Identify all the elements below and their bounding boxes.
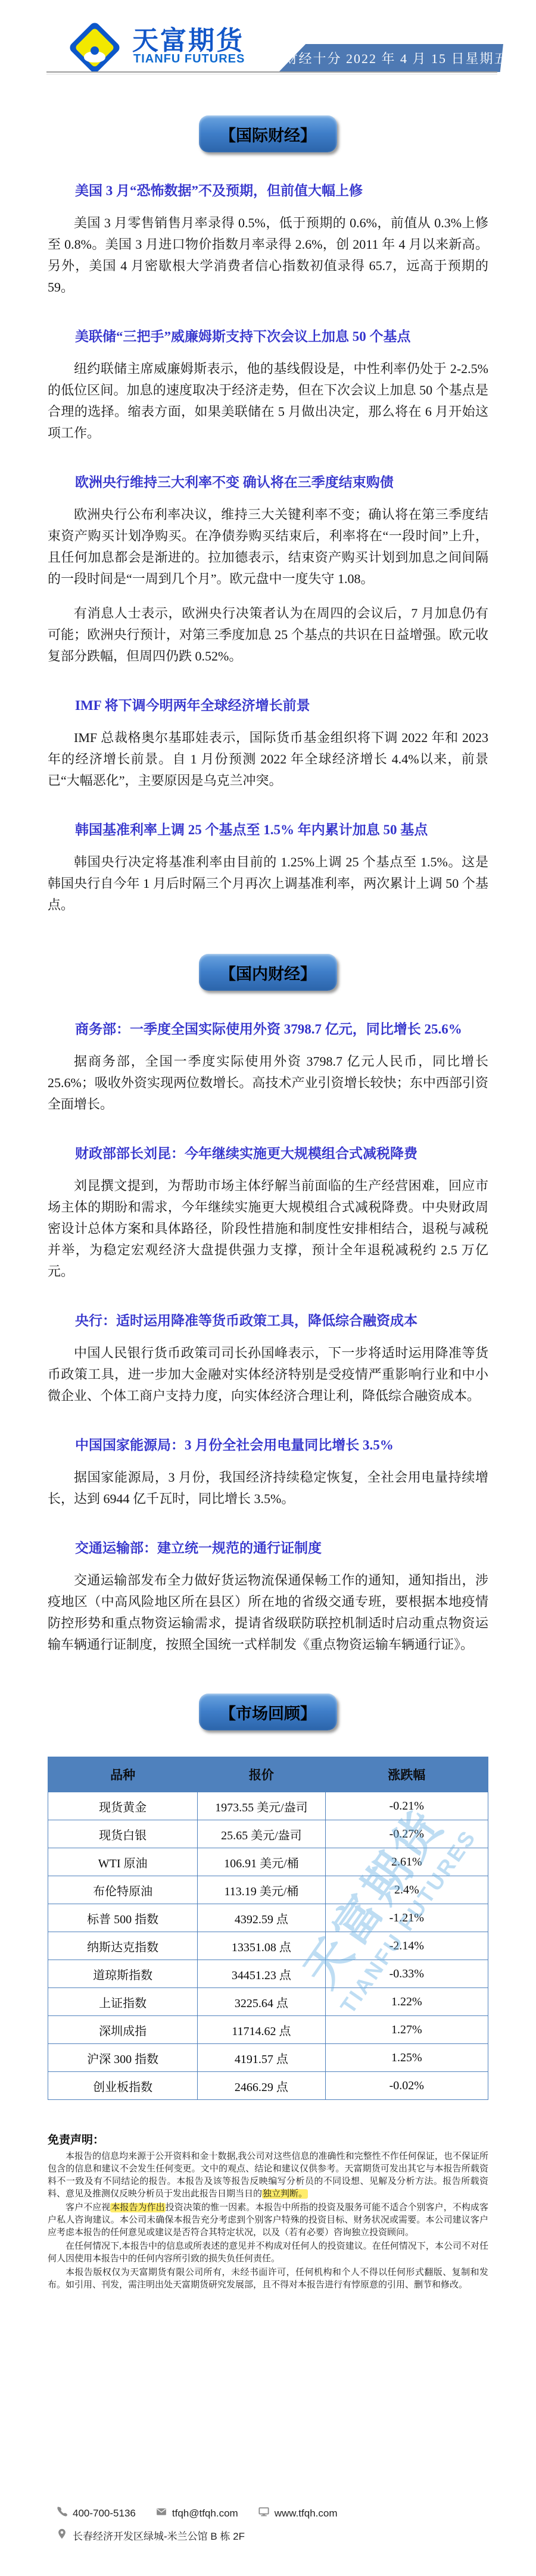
header-divider — [46, 71, 497, 74]
instrument-name: 标普 500 指数 — [48, 1904, 198, 1932]
table-column-header: 涨跌幅 — [325, 1757, 488, 1792]
change-percent: -1.21% — [325, 1904, 488, 1932]
table-row: 现货白银25.65 美元/盎司-0.27% — [48, 1820, 488, 1848]
quote-value: 11714.62 点 — [198, 2016, 325, 2044]
instrument-name: 纳斯达克指数 — [48, 1932, 198, 1960]
news-paragraph: 有消息人士表示，欧洲央行决策者认为在周四的会议后，7 月加息仍有可能；欧洲央行预… — [48, 603, 488, 667]
news-paragraph: 据国家能源局，3 月份，我国经济持续稳定恢复，全社会用电量持续增长，达到 694… — [48, 1467, 488, 1510]
table-row: 沪深 300 指数4191.57 点1.25% — [48, 2044, 488, 2072]
disclaimer-paragraph: 客户不应视本报告为作出投资决策的惟一因素。本报告中所指的投资及服务可能不适合个别… — [48, 2202, 488, 2239]
news-headline: 欧洲央行维持三大利率不变 确认将在三季度结束购债 — [48, 471, 488, 491]
quote-value: 2466.29 点 — [198, 2072, 325, 2100]
instrument-name: 现货黄金 — [48, 1792, 198, 1820]
quote-value: 1973.55 美元/盎司 — [198, 1792, 325, 1820]
newsletter-body: 【国际财经】美国 3 月“恐怖数据”不及预期，但前值大幅上修美国 3 月零售销售… — [0, 115, 536, 2292]
change-percent: 2.61% — [325, 1848, 488, 1876]
market-review-table: 品种报价涨跌幅 现货黄金1973.55 美元/盎司-0.21%现货白银25.65… — [48, 1757, 488, 2100]
logo-name-cn: 天富期货 — [132, 19, 244, 57]
table-row: 纳斯达克指数13351.08 点-2.14% — [48, 1932, 488, 1960]
table-column-header: 报价 — [198, 1757, 325, 1792]
change-percent: -0.27% — [325, 1820, 488, 1848]
section-header-intl: 【国际财经】 — [199, 115, 337, 152]
news-headline: 央行：适时运用降准等货币政策工具，降低综合融资成本 — [48, 1310, 488, 1329]
news-headline: 美联储“三把手”威廉姆斯支持下次会议上加息 50 个基点 — [48, 325, 488, 345]
issue-date-banner: 财经十分 2022 年 4 月 15 日星期五 — [279, 44, 503, 72]
quote-value: 113.19 美元/桶 — [198, 1876, 325, 1904]
news-paragraph: 韩国央行决定将基准利率由目前的 1.25%上调 25 个基点至 1.5%。这是韩… — [48, 852, 488, 916]
footer-phone-number: 400-700-5136 — [73, 2508, 136, 2519]
quote-value: 25.65 美元/盎司 — [198, 1820, 325, 1848]
table-row: 现货黄金1973.55 美元/盎司-0.21% — [48, 1792, 488, 1820]
instrument-name: 沪深 300 指数 — [48, 2044, 198, 2072]
news-paragraph: IMF 总裁格奥尔基耶娃表示，国际货币基金组织将下调 2022 年和 2023 … — [48, 727, 488, 791]
table-row: 深圳成指11714.62 点1.27% — [48, 2016, 488, 2044]
change-percent: 1.27% — [325, 2016, 488, 2044]
quote-value: 3225.64 点 — [198, 1988, 325, 2016]
company-logo: 天富期货 TIANFU FUTURES — [70, 20, 273, 75]
envelope-icon — [156, 2506, 172, 2520]
news-headline: 交通运输部：建立统一规范的通行证制度 — [48, 1537, 488, 1557]
instrument-name: 深圳成指 — [48, 2016, 198, 2044]
disclaimer-paragraph: 本报告的信息均来源于公开资料和金十数据,我公司对这些信息的准确性和完整性不作任何… — [48, 2151, 488, 2201]
quote-value: 34451.23 点 — [198, 1960, 325, 1988]
change-percent: 1.25% — [325, 2044, 488, 2072]
news-paragraph: 美国 3 月零售销售月率录得 0.5%，低于预期的 0.6%，前值从 0.3%上… — [48, 212, 488, 298]
instrument-name: 布伦特原油 — [48, 1876, 198, 1904]
instrument-name: 创业板指数 — [48, 2072, 198, 2100]
phone-icon — [57, 2506, 73, 2520]
table-row: WTI 原油106.91 美元/桶2.61% — [48, 1848, 488, 1876]
change-percent: 1.22% — [325, 1988, 488, 2016]
change-percent: -2.14% — [325, 1932, 488, 1960]
disclaimer-paragraph: 在任何情况下,本报告中的信息或所表述的意见并不构成对任何人的投资建议。在任何情况… — [48, 2240, 488, 2265]
section-header-market-review: 【市场回顾】 — [199, 1694, 337, 1730]
disclaimer-paragraph: 本报告版权仅为天富期货有限公司所有，未经书面许可，任何机构和个人不得以任何形式翻… — [48, 2267, 488, 2292]
page-header: 天富期货 TIANFU FUTURES 财经十分 2022 年 4 月 15 日… — [0, 0, 536, 77]
news-paragraph: 刘昆撰文提到，为帮助市场主体纾解当前面临的生产经营困难，回应市场主体的期盼和需求… — [48, 1175, 488, 1282]
location-pin-icon — [57, 2528, 73, 2542]
change-percent: -0.02% — [325, 2072, 488, 2100]
news-paragraph: 交通运输部发布全力做好货运物流保通保畅工作的通知，通知指出，涉疫地区（中高风险地… — [48, 1570, 488, 1655]
table-header-row: 品种报价涨跌幅 — [48, 1757, 488, 1792]
instrument-name: 现货白银 — [48, 1820, 198, 1848]
table-row: 布伦特原油113.19 美元/桶2.4% — [48, 1876, 488, 1904]
instrument-name: 上证指数 — [48, 1988, 198, 2016]
disclaimer-paragraphs: 本报告的信息均来源于公开资料和金十数据,我公司对这些信息的准确性和完整性不作任何… — [48, 2151, 488, 2292]
quote-value: 13351.08 点 — [198, 1932, 325, 1960]
table-row: 上证指数3225.64 点1.22% — [48, 1988, 488, 2016]
footer-address-text: 长春经济开发区绿城-米兰公馆 B 栋 2F — [73, 2528, 245, 2543]
disclaimer: 免责声明： 本报告的信息均来源于公开资料和金十数据,我公司对这些信息的准确性和完… — [48, 2131, 488, 2292]
instrument-name: 道琼斯指数 — [48, 1960, 198, 1988]
footer-phone: 400-700-5136 — [57, 2506, 136, 2520]
footer-website[interactable]: www.tfqh.com — [258, 2506, 338, 2520]
disclaimer-title: 免责声明： — [48, 2131, 488, 2147]
highlight-marker: 独立判断。 — [262, 2189, 308, 2199]
news-headline: IMF 将下调今明两年全球经济增长前景 — [48, 694, 488, 714]
instrument-name: WTI 原油 — [48, 1848, 198, 1876]
footer-address: 长春经济开发区绿城-米兰公馆 B 栋 2F — [57, 2528, 245, 2543]
change-percent: 2.4% — [325, 1876, 488, 1904]
change-percent: -0.33% — [325, 1960, 488, 1988]
footer-email-address[interactable]: tfqh@tfqh.com — [172, 2508, 238, 2519]
page-footer: 400-700-5136 tfqh@tfqh.com www.tfqh.com … — [0, 2506, 536, 2543]
highlight-marker: 本报告为作出 — [110, 2203, 165, 2212]
table-row: 创业板指数2466.29 点-0.02% — [48, 2072, 488, 2100]
news-paragraph: 据商务部，全国一季度实际使用外资 3798.7 亿元人民币，同比增长 25.6%… — [48, 1051, 488, 1115]
news-sections: 【国际财经】美国 3 月“恐怖数据”不及预期，但前值大幅上修美国 3 月零售销售… — [48, 115, 488, 1655]
quote-value: 106.91 美元/桶 — [198, 1848, 325, 1876]
table-row: 标普 500 指数4392.59 点-1.21% — [48, 1904, 488, 1932]
news-headline: 美国 3 月“恐怖数据”不及预期，但前值大幅上修 — [48, 180, 488, 199]
news-headline: 韩国基准利率上调 25 个基点至 1.5% 年内累计加息 50 基点 — [48, 819, 488, 838]
table-row: 道琼斯指数34451.23 点-0.33% — [48, 1960, 488, 1988]
news-paragraph: 中国人民银行货币政策司司长孙国峰表示，下一步将适时运用降准等货币政策工具，进一步… — [48, 1342, 488, 1407]
quote-value: 4191.57 点 — [198, 2044, 325, 2072]
logo-name-en: TIANFU FUTURES — [133, 52, 245, 66]
table-column-header: 品种 — [48, 1757, 198, 1792]
logo-diamond-icon — [70, 23, 121, 74]
news-headline: 财政部部长刘昆：今年继续实施更大规模组合式减税降费 — [48, 1143, 488, 1162]
section-header-domestic: 【国内财经】 — [199, 954, 337, 991]
quote-value: 4392.59 点 — [198, 1904, 325, 1932]
news-headline: 商务部：一季度全国实际使用外资 3798.7 亿元，同比增长 25.6% — [48, 1018, 488, 1038]
change-percent: -0.21% — [325, 1792, 488, 1820]
news-paragraph: 欧洲央行公布利率决议，维持三大关键利率不变；确认将在第三季度结束资产购买计划净购… — [48, 504, 488, 590]
news-headline: 中国国家能源局：3 月份全社会用电量同比增长 3.5% — [48, 1434, 488, 1454]
monitor-icon — [258, 2506, 275, 2520]
news-paragraph: 纽约联储主席威廉姆斯表示，他的基线假设是，中性利率仍处于 2-2.5%的低位区间… — [48, 358, 488, 444]
footer-website-url[interactable]: www.tfqh.com — [275, 2508, 338, 2519]
footer-email[interactable]: tfqh@tfqh.com — [156, 2506, 238, 2520]
